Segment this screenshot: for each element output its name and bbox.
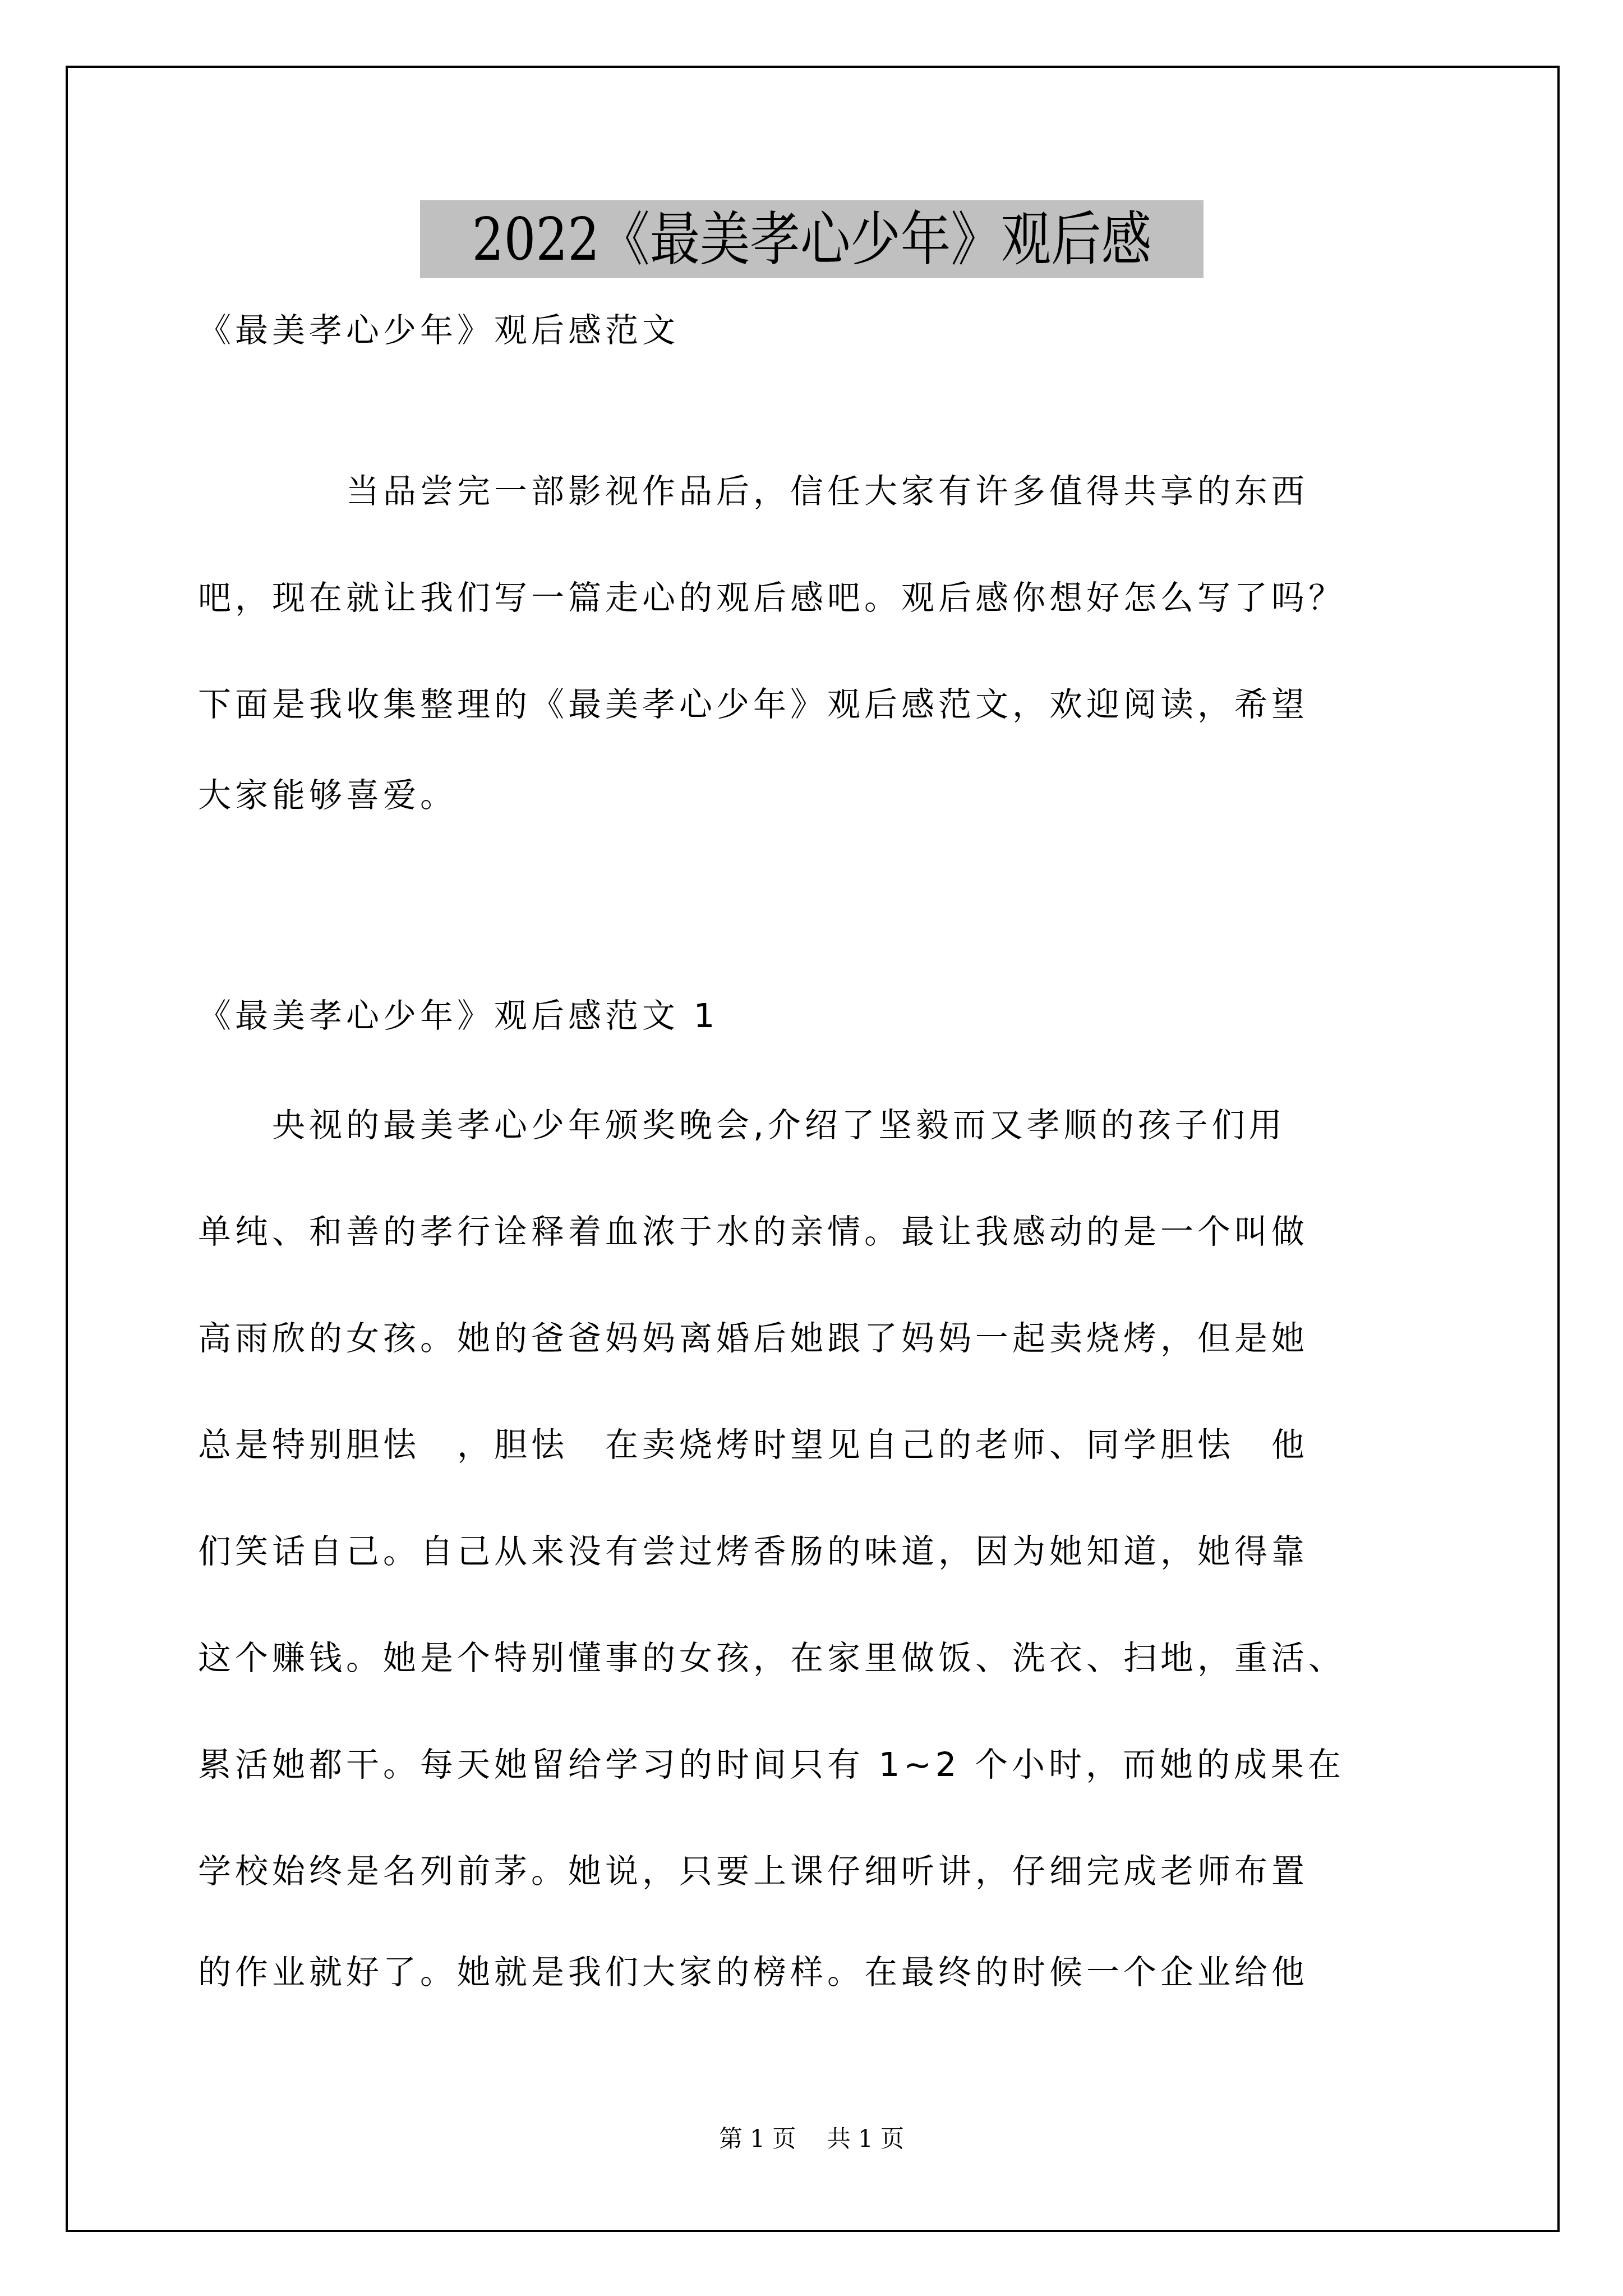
section-line: 单纯、和善的孝行诠释着血浓于水的亲情。最让我感动的是一个叫做 <box>198 1213 1308 1250</box>
page-border <box>66 66 1560 2232</box>
document-title-text: 2022《最美孝心少年》观后感 <box>472 210 1151 269</box>
document-title: 2022《最美孝心少年》观后感 <box>420 200 1204 278</box>
section-line: 总是特别胆怯 ，胆怯 在卖烧烤时望见自己的老师、同学胆怯 他 <box>198 1427 1308 1464</box>
section-line: 们笑话自己。自己从来没有尝过烤香肠的味道，因为她知道，她得靠 <box>198 1533 1308 1570</box>
section-line: 的作业就好了。她就是我们大家的榜样。在最终的时候一个企业给他 <box>198 1954 1308 1991</box>
intro-line: 当品尝完一部影视作品后，信任大家有许多值得共享的东西 <box>198 473 1308 510</box>
section-line: 央视的最美孝心少年颁奖晚会,介绍了坚毅而又孝顺的孩子们用 <box>198 1107 1286 1144</box>
section-line: 高雨欣的女孩。她的爸爸妈妈离婚后她跟了妈妈一起卖烧烤，但是她 <box>198 1320 1308 1357</box>
section-line: 累活她都干。每天她留给学习的时间只有 1~2 个小时，而她的成果在 <box>198 1746 1345 1783</box>
intro-line: 下面是我收集整理的《最美孝心少年》观后感范文，欢迎阅读，希望 <box>198 686 1308 723</box>
subtitle: 《最美孝心少年》观后感范文 <box>198 312 679 349</box>
section-line: 这个赚钱。她是个特别懂事的女孩，在家里做饭、洗衣、扫地，重活、 <box>198 1640 1345 1677</box>
page-footer: 第 1 页 共 1 页 <box>0 2125 1623 2153</box>
intro-line: 吧，现在就让我们写一篇走心的观后感吧。观后感你想好怎么写了吗？ <box>198 579 1345 616</box>
section-heading: 《最美孝心少年》观后感范文 1 <box>198 997 718 1034</box>
intro-line: 大家能够喜爱。 <box>198 777 457 814</box>
section-line: 学校始终是名列前茅。她说，只要上课仔细听讲，仔细完成老师布置 <box>198 1853 1308 1890</box>
